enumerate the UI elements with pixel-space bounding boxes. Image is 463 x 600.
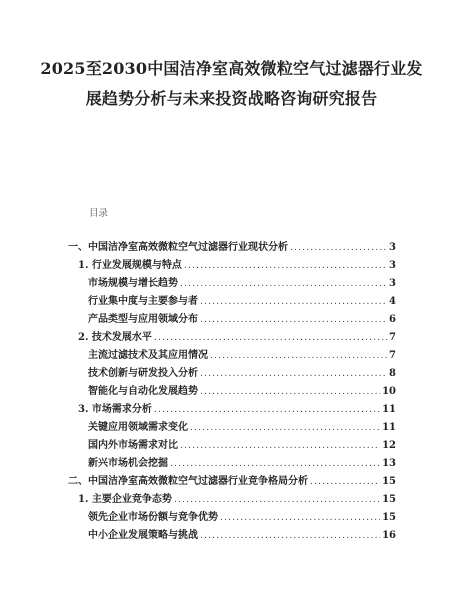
toc-entry-label: 领先企业市场份额与竞争优势 [88, 508, 220, 523]
toc-leader-dots [200, 297, 387, 307]
toc-entry[interactable]: 2. 技术发展水平7 [78, 328, 396, 342]
toc-entry-page: 8 [387, 368, 396, 379]
toc-entry[interactable]: 一、中国洁净室高效微粒空气过滤器行业现状分析3 [68, 238, 396, 252]
toc-entry[interactable]: 国内外市场需求对比12 [88, 436, 396, 450]
toc-entry[interactable]: 产品类型与应用领域分布6 [88, 310, 396, 324]
toc-leader-dots [210, 351, 387, 361]
toc-entry[interactable]: 领先企业市场份额与竞争优势15 [88, 508, 396, 522]
toc-entry[interactable]: 1. 行业发展规模与特点3 [78, 256, 396, 270]
toc-entry-page: 7 [387, 350, 396, 361]
toc-entry-page: 3 [387, 278, 396, 289]
toc-entry-page: 3 [387, 260, 396, 271]
toc-entry[interactable]: 主流过滤技术及其应用情况7 [88, 346, 396, 360]
toc-entry-page: 11 [380, 404, 396, 415]
toc-entry-label: 关键应用领域需求变化 [88, 418, 190, 433]
toc-entry-label: 一、中国洁净室高效微粒空气过滤器行业现状分析 [68, 238, 290, 253]
toc-leader-dots [190, 423, 380, 433]
toc-entry-label: 国内外市场需求对比 [88, 436, 180, 451]
toc-leader-dots [174, 495, 380, 505]
toc-entry-label: 2. 技术发展水平 [78, 328, 154, 343]
toc-entry-page: 15 [380, 494, 396, 505]
toc-entry-page: 16 [380, 530, 396, 541]
toc-entry-label: 1. 主要企业竞争态势 [78, 490, 174, 505]
toc-leader-dots [180, 279, 387, 289]
toc-entry-label: 智能化与自动化发展趋势 [88, 382, 200, 397]
toc-entry-page: 4 [387, 296, 396, 307]
toc-entry[interactable]: 关键应用领域需求变化11 [88, 418, 396, 432]
toc-entry-page: 7 [387, 332, 396, 343]
toc-entry-page: 13 [380, 458, 396, 469]
toc-entry-label: 中小企业发展策略与挑战 [88, 526, 200, 541]
toc-entry-page: 15 [380, 476, 396, 487]
toc-leader-dots [154, 405, 380, 415]
toc-leader-dots [180, 441, 380, 451]
toc-entry-label: 1. 行业发展规模与特点 [78, 256, 184, 271]
toc-entry-label: 市场规模与增长趋势 [88, 274, 180, 289]
toc-entry[interactable]: 中小企业发展策略与挑战16 [88, 526, 396, 540]
toc-leader-dots [200, 315, 387, 325]
toc-leader-dots [200, 531, 380, 541]
toc-entry-page: 11 [380, 422, 396, 433]
toc-leader-dots [154, 333, 387, 343]
toc-entry-label: 3. 市场需求分析 [78, 400, 154, 415]
toc-entry-label: 二、中国洁净室高效微粒空气过滤器行业竞争格局分析 [68, 472, 310, 487]
toc-entry[interactable]: 1. 主要企业竞争态势15 [78, 490, 396, 504]
toc-entry[interactable]: 市场规模与增长趋势3 [88, 274, 396, 288]
toc-heading: 目录 [89, 205, 108, 219]
toc-entry-page: 15 [380, 512, 396, 523]
toc-leader-dots [290, 243, 387, 253]
toc-entry-page: 10 [380, 386, 396, 397]
toc-entry-page: 3 [387, 242, 396, 253]
document-title-line-2: 展趋势分析与未来投资战略咨询研究报告 [0, 86, 463, 109]
toc-entry[interactable]: 3. 市场需求分析11 [78, 400, 396, 414]
toc-leader-dots [184, 261, 387, 271]
toc-entry-label: 产品类型与应用领域分布 [88, 310, 200, 325]
toc-entry-page: 6 [387, 314, 396, 325]
toc-entry[interactable]: 智能化与自动化发展趋势10 [88, 382, 396, 396]
toc-entry-label: 行业集中度与主要参与者 [88, 292, 200, 307]
toc-entry[interactable]: 行业集中度与主要参与者4 [88, 292, 396, 306]
document-title-line-1: 2025至2030中国洁净室高效微粒空气过滤器行业发 [0, 56, 463, 79]
toc-leader-dots [200, 369, 387, 379]
toc-entry-page: 12 [380, 440, 396, 451]
toc-entry-label: 新兴市场机会挖掘 [88, 454, 170, 469]
toc-leader-dots [170, 459, 380, 469]
toc-entry[interactable]: 二、中国洁净室高效微粒空气过滤器行业竞争格局分析15 [68, 472, 396, 486]
toc-entry[interactable]: 技术创新与研发投入分析8 [88, 364, 396, 378]
toc-leader-dots [220, 513, 380, 523]
toc-entry[interactable]: 新兴市场机会挖掘13 [88, 454, 396, 468]
toc-entry-label: 主流过滤技术及其应用情况 [88, 346, 210, 361]
toc-leader-dots [200, 387, 380, 397]
toc-entry-label: 技术创新与研发投入分析 [88, 364, 200, 379]
toc-leader-dots [310, 477, 380, 487]
